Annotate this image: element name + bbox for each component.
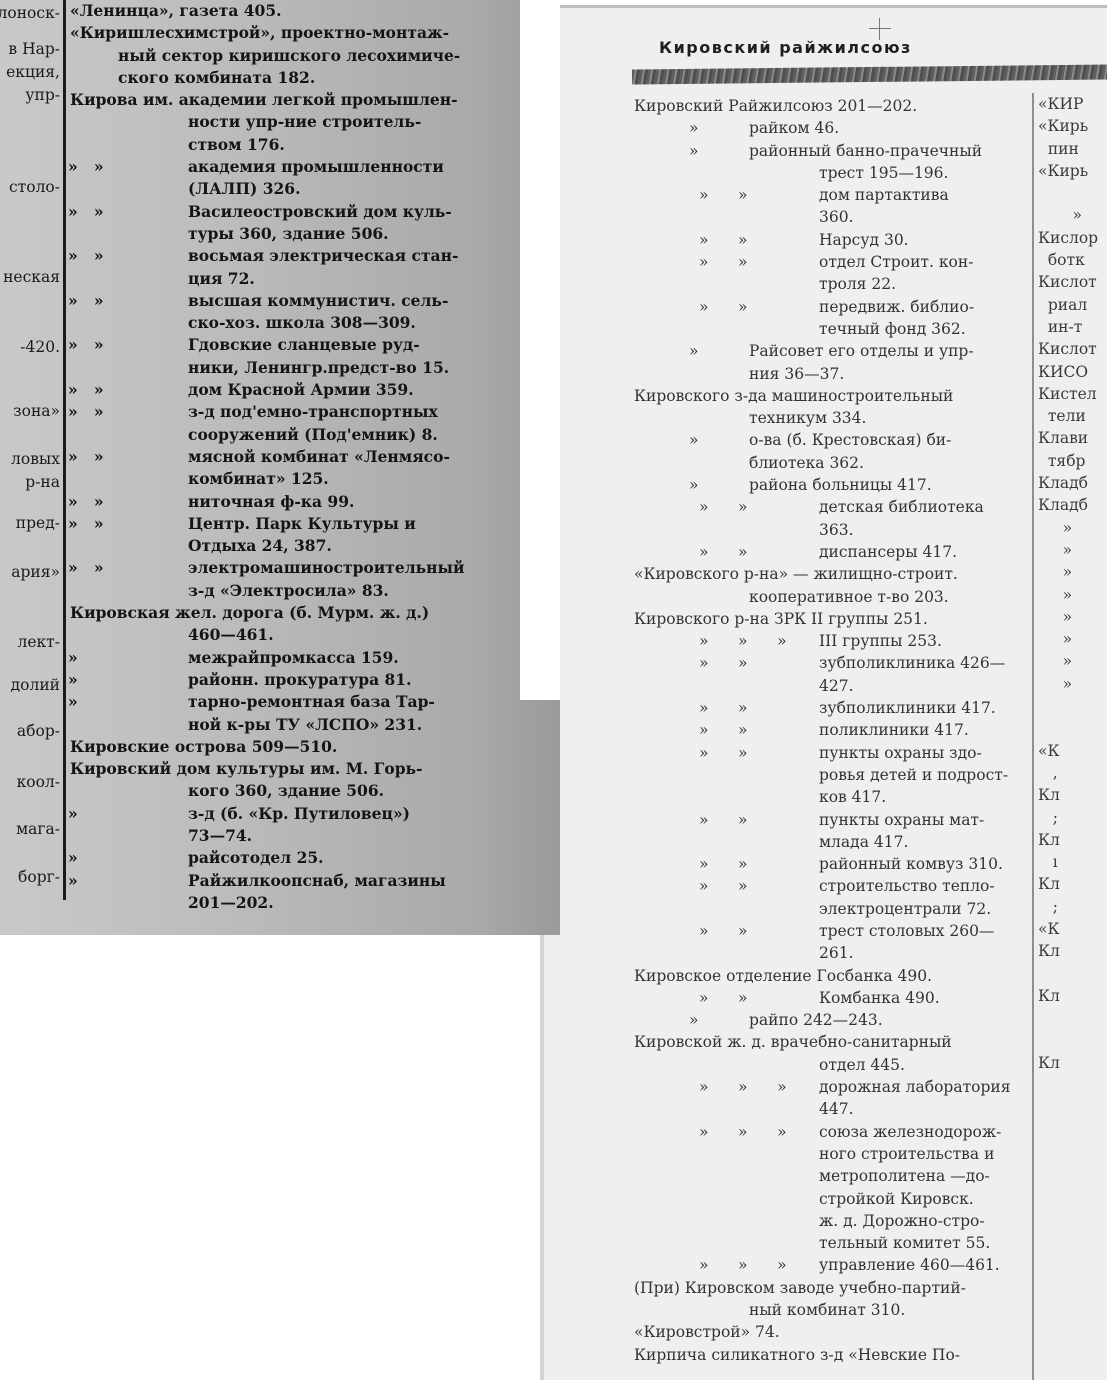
directory-entry-line: электроцентрали 72.	[634, 898, 1034, 920]
entry-text: райпо 242—243.	[749, 1011, 883, 1029]
entry-text: Кирова им. академии легкой промышлен-	[70, 90, 458, 109]
directory-entry-line: туры 360, здание 506.	[70, 223, 490, 245]
entry-text: течный фонд 362.	[819, 320, 966, 338]
far-right-fragment: Кл	[1038, 784, 1107, 806]
entry-text: Нарсуд 30.	[819, 231, 909, 249]
margin-fragment: столо-	[9, 178, 60, 196]
entry-text: тельный комитет 55.	[819, 1234, 990, 1252]
directory-entry-line: техникум 334.	[634, 407, 1034, 429]
ditto-mark: »	[68, 847, 188, 869]
entry-text: сооружений (Под'емник) 8.	[188, 425, 438, 444]
directory-entry-line: ности упр-ние строитель-	[70, 111, 490, 133]
entry-text: тарно-ремонтная база Тар-	[188, 692, 435, 711]
far-right-fragment: Клави	[1038, 427, 1107, 449]
directory-entry-line: » »дом партактива	[634, 184, 1034, 206]
far-right-fragment: пин	[1038, 138, 1107, 160]
margin-fragment: упр-	[25, 86, 60, 104]
directory-entry-line: » »дом Красной Армии 359.	[70, 379, 490, 401]
entry-text: комбинат» 125.	[188, 469, 329, 488]
entry-text: передвиж. библио-	[819, 298, 974, 316]
entry-text: (ЛАЛП) 326.	[188, 179, 301, 198]
directory-entry-line: » »районный комвуз 310.	[634, 853, 1034, 875]
directory-entry-line: »межрайпромкасса 159.	[70, 647, 490, 669]
directory-entry-line: 363.	[634, 519, 1034, 541]
entry-text: управление 460—461.	[819, 1256, 1000, 1274]
ditto-mark: » »	[699, 496, 819, 518]
directory-entry-line: «Ленинца», газета 405.	[70, 0, 490, 22]
directory-entry-line: » »Нарсуд 30.	[634, 229, 1034, 251]
ditto-mark: » »	[68, 557, 188, 579]
column-divider	[1032, 93, 1034, 1380]
directory-entry-line: Отдыха 24, 387.	[70, 535, 490, 557]
ditto-mark: »	[689, 474, 749, 496]
entry-text: ного строительства и	[819, 1145, 994, 1163]
margin-fragment: лект-	[17, 633, 60, 651]
directory-entry-line: ный сектор киришского лесохимиче-	[70, 45, 490, 67]
entry-text: академия промышленности	[188, 157, 444, 176]
entry-text: Комбанка 490.	[819, 989, 940, 1007]
entry-text: Гдовские сланцевые руд-	[188, 335, 420, 354]
directory-entry-line: »тарно-ремонтная база Тар-	[70, 691, 490, 713]
directory-entry-line: Кировского з-да машиностроительный	[634, 385, 1034, 407]
directory-entry-line: » »Центр. Парк Культуры и	[70, 513, 490, 535]
entry-text: 73—74.	[188, 826, 252, 845]
ditto-mark: » »	[699, 541, 819, 563]
directory-entry-line: » »зубполиклиники 417.	[634, 697, 1034, 719]
directory-entry-line: 201—202.	[70, 892, 490, 914]
far-right-fragment	[1038, 963, 1107, 985]
far-right-fragment: Кл	[1038, 1052, 1107, 1074]
entry-text: III группы 253.	[819, 632, 942, 650]
right-page-scan: Кировский райжилсоюз Кировский Райжилсою…	[540, 5, 1107, 1380]
ditto-mark: »	[689, 340, 749, 362]
far-right-fragment: Кладб	[1038, 472, 1107, 494]
ditto-mark: » » »	[699, 1121, 819, 1143]
entry-text: районный банно-прачечный	[749, 142, 982, 160]
entry-text: (При) Кировском заводе учебно-партий-	[634, 1279, 966, 1297]
directory-entry-line: »Райжилкоопснаб, магазины	[70, 870, 490, 892]
directory-entry-line: Кировский Райжилсоюз 201—202.	[634, 95, 1034, 117]
directory-entry-line: ники, Ленингр.предст-во 15.	[70, 357, 490, 379]
ditto-mark: » » »	[699, 630, 819, 652]
directory-entry-line: 460—461.	[70, 624, 490, 646]
entry-text: блиотека 362.	[749, 454, 864, 472]
directory-entry-line: » »высшая коммунистич. сель-	[70, 290, 490, 312]
far-right-fragment: »	[1038, 628, 1107, 650]
entry-text: з-д (б. «Кр. Путиловец»)	[188, 804, 410, 823]
entry-text: ского комбината 182.	[118, 68, 315, 87]
entry-text: ниточная ф-ка 99.	[188, 492, 354, 511]
directory-entry-line: »районный банно-прачечный	[634, 140, 1034, 162]
left-column-text: «Ленинца», газета 405.«Киришлесхимстрой»…	[70, 0, 490, 914]
directory-entry-line: » »Гдовские сланцевые руд-	[70, 334, 490, 356]
entry-text: Райжилкоопснаб, магазины	[188, 871, 446, 890]
entry-text: ный комбинат 310.	[749, 1301, 905, 1319]
ditto-mark: » »	[699, 809, 819, 831]
ditto-mark: » »	[699, 719, 819, 741]
far-right-fragment: «КИР	[1038, 93, 1107, 115]
entry-text: трест столовых 260—	[819, 922, 994, 940]
entry-text: 201—202.	[188, 893, 274, 912]
margin-fragment: коол-	[17, 773, 60, 791]
ditto-mark: » »	[699, 184, 819, 206]
far-right-fragment	[1038, 1029, 1107, 1051]
margin-fragment: -420.	[20, 338, 60, 356]
directory-entry-line: кооперативное т-во 203.	[634, 586, 1034, 608]
entry-text: восьмая электрическая стан-	[188, 246, 458, 265]
far-right-fragment: »	[1038, 650, 1107, 672]
entry-text: районный комвуз 310.	[819, 855, 1003, 873]
far-right-fragment	[1038, 182, 1107, 204]
entry-text: Кировского р-на ЗРК II группы 251.	[634, 610, 928, 628]
directory-entry-line: » »мясной комбинат «Ленмясо-	[70, 446, 490, 468]
ditto-mark: »	[689, 140, 749, 162]
entry-text: «Киришлесхимстрой», проектно-монтаж-	[70, 23, 449, 42]
directory-entry-line: Кировской ж. д. врачебно-санитарный	[634, 1031, 1034, 1053]
ditto-mark: » »	[68, 513, 188, 535]
directory-entry-line: » »трест столовых 260—	[634, 920, 1034, 942]
entry-text: ством 176.	[188, 135, 285, 154]
directory-entry-line: »райком 46.	[634, 117, 1034, 139]
margin-fragment: долий	[11, 676, 60, 694]
directory-entry-line: Кировское отделение Госбанка 490.	[634, 965, 1034, 987]
entry-text: ники, Ленингр.предст-во 15.	[188, 358, 449, 377]
entry-text: отдел 445.	[819, 1056, 905, 1074]
entry-text: 427.	[819, 677, 854, 695]
directory-entry-line: » »Комбанка 490.	[634, 987, 1034, 1009]
directory-entry-line: » » »дорожная лаборатория	[634, 1076, 1034, 1098]
directory-entry-line: тельный комитет 55.	[634, 1232, 1034, 1254]
margin-fragment: лоноск-	[0, 4, 60, 22]
ditto-mark: » »	[68, 245, 188, 267]
directory-entry-line: ного строительства и	[634, 1143, 1034, 1165]
far-right-fragment: Кислот	[1038, 271, 1107, 293]
far-right-fragment: тябр	[1038, 450, 1107, 472]
far-right-fragment: Кл	[1038, 829, 1107, 851]
directory-entry-line: блиотека 362.	[634, 452, 1034, 474]
directory-entry-line: » »отдел Строит. кон-	[634, 251, 1034, 273]
entry-text: Кировской ж. д. врачебно-санитарный	[634, 1033, 952, 1051]
ditto-mark: » »	[699, 697, 819, 719]
directory-entry-line: » »академия промышленности	[70, 156, 490, 178]
far-right-fragment: ,	[1038, 762, 1107, 784]
entry-text: 460—461.	[188, 625, 274, 644]
entry-text: трест 195—196.	[819, 164, 948, 182]
scan-cutout	[520, 0, 560, 700]
far-right-fragment	[1038, 717, 1107, 739]
ditto-mark: » »	[68, 446, 188, 468]
far-right-fragment: КИСО	[1038, 361, 1107, 383]
directory-entry-line: ной к-ры ТУ «ЛСПО» 231.	[70, 714, 490, 736]
entry-text: млада 417.	[819, 833, 908, 851]
entry-text: 261.	[819, 944, 854, 962]
directory-entry-line: » »строительство тепло-	[634, 875, 1034, 897]
ditto-mark: » »	[68, 201, 188, 223]
entry-text: Кировское отделение Госбанка 490.	[634, 967, 932, 985]
far-right-fragment: ;	[1038, 896, 1107, 918]
far-right-fragment: «Кирь	[1038, 160, 1107, 182]
entry-text: ско-хоз. школа 308—309.	[188, 313, 416, 332]
directory-entry-line: » »ниточная ф-ка 99.	[70, 491, 490, 513]
margin-fragment: екция,	[6, 63, 60, 81]
entry-text: дом Красной Армии 359.	[188, 380, 414, 399]
ditto-mark: » »	[68, 334, 188, 356]
entry-text: детская библиотека	[819, 498, 984, 516]
entry-text: отдел Строит. кон-	[819, 253, 973, 271]
directory-entry-line: » »передвиж. библио-	[634, 296, 1034, 318]
ditto-mark: » » »	[699, 1254, 819, 1276]
directory-entry-line: » » »союза железнодорож-	[634, 1121, 1034, 1143]
ditto-mark: » »	[68, 290, 188, 312]
entry-text: Кировский Райжилсоюз 201—202.	[634, 97, 917, 115]
directory-entry-line: » »пункты охраны здо-	[634, 742, 1034, 764]
entry-text: 360.	[819, 208, 854, 226]
directory-entry-line: » »з-д под'емно-транспортных	[70, 401, 490, 423]
directory-entry-line: »Райсовет его отделы и упр-	[634, 340, 1034, 362]
ditto-mark: » »	[699, 742, 819, 764]
column-divider	[63, 0, 66, 900]
ditto-mark: »	[689, 429, 749, 451]
margin-fragment: зона»	[13, 402, 60, 420]
margin-fragment: неская	[3, 268, 60, 286]
directory-entry-line: Кировские острова 509—510.	[70, 736, 490, 758]
directory-entry-line: Кирпича силикатного з-д «Невские По-	[634, 1344, 1034, 1366]
directory-entry-line: Кировская жел. дорога (б. Мурм. ж. д.)	[70, 602, 490, 624]
directory-entry-line: ный комбинат 310.	[634, 1299, 1034, 1321]
entry-text: электроцентрали 72.	[819, 900, 991, 918]
crop-mark	[869, 28, 891, 29]
ditto-mark: » »	[68, 401, 188, 423]
entry-text: дорожная лаборатория	[819, 1078, 1011, 1096]
left-page-scan: лоноск-в Нар-екция,упр-столо-неская-420.…	[0, 0, 560, 935]
entry-text: электромашиностроительный	[188, 558, 465, 577]
entry-text: 363.	[819, 521, 854, 539]
ditto-mark: » »	[699, 251, 819, 273]
far-right-fragment: тели	[1038, 405, 1107, 427]
entry-text: зубполиклиники 417.	[819, 699, 996, 717]
directory-entry-line: ровья детей и подрост-	[634, 764, 1034, 786]
directory-entry-line: » »пункты охраны мат-	[634, 809, 1034, 831]
entry-text: з-д под'емно-транспортных	[188, 402, 438, 421]
ditto-mark: » »	[68, 156, 188, 178]
far-right-fragment: »	[1038, 584, 1107, 606]
directory-entry-line: трест 195—196.	[634, 162, 1034, 184]
directory-entry-line: (ЛАЛП) 326.	[70, 178, 490, 200]
entry-text: ков 417.	[819, 788, 886, 806]
directory-entry-line: кого 360, здание 506.	[70, 780, 490, 802]
directory-entry-line: метрополитена —до-	[634, 1165, 1034, 1187]
directory-entry-line: Кировский дом культуры им. М. Горь-	[70, 758, 490, 780]
entry-text: Кировская жел. дорога (б. Мурм. ж. д.)	[70, 603, 429, 622]
directory-entry-line: »районн. прокуратура 81.	[70, 669, 490, 691]
far-right-fragment: «Кирь	[1038, 115, 1107, 137]
entry-text: зубполиклиника 426—	[819, 654, 1005, 672]
entry-text: «Кировстрой» 74.	[634, 1323, 780, 1341]
far-right-fragment: »	[1038, 539, 1107, 561]
margin-fragment: пред-	[16, 514, 60, 532]
far-right-fragment	[1038, 695, 1107, 717]
directory-entry-line: ния 36—37.	[634, 363, 1034, 385]
far-right-fragment: »	[1038, 673, 1107, 695]
margin-fragment: абор-	[17, 722, 60, 740]
far-right-fragment: »	[1038, 204, 1107, 226]
section-title-rule	[632, 64, 1107, 84]
margin-fragment: в Нар-	[8, 40, 60, 58]
far-right-fragment: »	[1038, 517, 1107, 539]
far-right-fragment: ин-т	[1038, 316, 1107, 338]
entry-text: района больницы 417.	[749, 476, 932, 494]
entry-text: высшая коммунистич. сель-	[188, 291, 448, 310]
entry-text: кого 360, здание 506.	[188, 781, 384, 800]
entry-text: дом партактива	[819, 186, 949, 204]
directory-entry-line: » » »управление 460—461.	[634, 1254, 1034, 1276]
entry-text: ности упр-ние строитель-	[188, 112, 421, 131]
entry-text: о-ва (б. Крестовская) би-	[749, 431, 951, 449]
directory-entry-line: отдел 445.	[634, 1054, 1034, 1076]
directory-entry-line: ского комбината 182.	[70, 67, 490, 89]
entry-text: райком 46.	[749, 119, 839, 137]
ditto-mark: » »	[699, 296, 819, 318]
ditto-mark: »	[68, 803, 188, 825]
entry-text: ной к-ры ТУ «ЛСПО» 231.	[188, 715, 422, 734]
margin-fragment: мага-	[16, 820, 60, 838]
directory-entry-line: стройкой Кировск.	[634, 1188, 1034, 1210]
directory-entry-line: 447.	[634, 1098, 1034, 1120]
far-right-fragment: »	[1038, 606, 1107, 628]
directory-entry-line: сооружений (Под'емник) 8.	[70, 424, 490, 446]
entry-text: райсотодел 25.	[188, 848, 324, 867]
directory-entry-line: 73—74.	[70, 825, 490, 847]
entry-text: диспансеры 417.	[819, 543, 957, 561]
directory-entry-line: » »диспансеры 417.	[634, 541, 1034, 563]
entry-text: строительство тепло-	[819, 877, 995, 895]
entry-text: Отдыха 24, 387.	[188, 536, 332, 555]
directory-entry-line: течный фонд 362.	[634, 318, 1034, 340]
entry-text: ный сектор киришского лесохимиче-	[118, 46, 460, 65]
entry-text: Кировские острова 509—510.	[70, 737, 337, 756]
entry-text: кооперативное т-во 203.	[749, 588, 949, 606]
far-right-fragment: Кл	[1038, 940, 1107, 962]
far-right-fragment: Кислор	[1038, 227, 1107, 249]
ditto-mark: » »	[699, 987, 819, 1009]
directory-entry-line: » »поликлиники 417.	[634, 719, 1034, 741]
entry-text: Кировского з-да машиностроительный	[634, 387, 953, 405]
entry-text: техникум 334.	[749, 409, 866, 427]
entry-text: Райсовет его отделы и упр-	[749, 342, 974, 360]
entry-text: районн. прокуратура 81.	[188, 670, 412, 689]
directory-entry-line: 360.	[634, 206, 1034, 228]
entry-text: ж. д. Дорожно-стро-	[819, 1212, 985, 1230]
directory-entry-line: » » »III группы 253.	[634, 630, 1034, 652]
entry-text: поликлиники 417.	[819, 721, 969, 739]
far-right-fragment: ;	[1038, 807, 1107, 829]
far-right-fragment: «К	[1038, 918, 1107, 940]
ditto-mark: »	[689, 1009, 749, 1031]
directory-entry-line: 427.	[634, 675, 1034, 697]
directory-entry-line: »района больницы 417.	[634, 474, 1034, 496]
entry-text: троля 22.	[819, 275, 896, 293]
directory-entry-line: млада 417.	[634, 831, 1034, 853]
directory-entry-line: » »электромашиностроительный	[70, 557, 490, 579]
entry-text: союза железнодорож-	[819, 1123, 1001, 1141]
directory-entry-line: ством 176.	[70, 134, 490, 156]
ditto-mark: » »	[68, 491, 188, 513]
directory-entry-line: троля 22.	[634, 273, 1034, 295]
directory-entry-line: Кировского р-на ЗРК II группы 251.	[634, 608, 1034, 630]
entry-text: «Ленинца», газета 405.	[70, 1, 282, 20]
ditto-mark: »	[68, 870, 188, 892]
margin-fragment: борг-	[18, 868, 60, 886]
entry-text: Кирпича силикатного з-д «Невские По-	[634, 1346, 960, 1364]
margin-fragment: ловых	[11, 450, 60, 468]
ditto-mark: »	[68, 647, 188, 669]
directory-entry-line: ж. д. Дорожно-стро-	[634, 1210, 1034, 1232]
ditto-mark: »	[68, 669, 188, 691]
right-column-text: Кировский Райжилсоюз 201—202.»райком 46.…	[634, 95, 1034, 1366]
ditto-mark: » »	[699, 853, 819, 875]
entry-text: межрайпромкасса 159.	[188, 648, 399, 667]
far-right-fragment	[1038, 1007, 1107, 1029]
directory-entry-line: ков 417.	[634, 786, 1034, 808]
ditto-mark: » »	[699, 652, 819, 674]
ditto-mark: » »	[699, 229, 819, 251]
ditto-mark: » »	[699, 875, 819, 897]
entry-text: мясной комбинат «Ленмясо-	[188, 447, 450, 466]
entry-text: пункты охраны здо-	[819, 744, 982, 762]
entry-text: метрополитена —до-	[819, 1167, 990, 1185]
directory-entry-line: комбинат» 125.	[70, 468, 490, 490]
directory-entry-line: 261.	[634, 942, 1034, 964]
page-top-edge	[544, 5, 1107, 8]
margin-fragment: р-на	[25, 473, 60, 491]
directory-entry-line: «Кировского р-на» — жилищно-строит.	[634, 563, 1034, 585]
far-right-fragment: Кислот	[1038, 338, 1107, 360]
entry-text: стройкой Кировск.	[819, 1190, 974, 1208]
entry-text: ровья детей и подрост-	[819, 766, 1008, 784]
entry-text: 447.	[819, 1100, 854, 1118]
far-right-fragment: Кладб	[1038, 494, 1107, 516]
far-right-fragment: Кл	[1038, 873, 1107, 895]
crop-mark	[879, 18, 880, 40]
directory-entry-line: »райсотодел 25.	[70, 847, 490, 869]
ditto-mark: »	[689, 117, 749, 139]
entry-text: пункты охраны мат-	[819, 811, 984, 829]
entry-text: туры 360, здание 506.	[188, 224, 389, 243]
directory-entry-line: ско-хоз. школа 308—309.	[70, 312, 490, 334]
far-right-fragment: «К	[1038, 740, 1107, 762]
directory-entry-line: «Киришлесхимстрой», проектно-монтаж-	[70, 22, 490, 44]
directory-entry-line: » »детская библиотека	[634, 496, 1034, 518]
directory-entry-line: з-д «Электросила» 83.	[70, 580, 490, 602]
directory-entry-line: ция 72.	[70, 268, 490, 290]
directory-entry-line: (При) Кировском заводе учебно-партий-	[634, 1277, 1034, 1299]
directory-entry-line: «Кировстрой» 74.	[634, 1321, 1034, 1343]
entry-text: Василеостровский дом куль-	[188, 202, 452, 221]
margin-fragment: ария»	[11, 563, 60, 581]
entry-text: «Кировского р-на» — жилищно-строит.	[634, 565, 958, 583]
section-title: Кировский райжилсоюз	[659, 38, 912, 57]
directory-entry-line: »райпо 242—243.	[634, 1009, 1034, 1031]
far-right-fragment: »	[1038, 561, 1107, 583]
ditto-mark: » »	[699, 920, 819, 942]
far-right-fragment: ботк	[1038, 249, 1107, 271]
entry-text: ция 72.	[188, 269, 255, 288]
far-right-column-fragments: «КИР«Кирь пин«Кирь »Кислор боткКислот ри…	[1038, 93, 1107, 1074]
directory-entry-line: »з-д (б. «Кр. Путиловец»)	[70, 803, 490, 825]
far-right-fragment: Кл	[1038, 985, 1107, 1007]
directory-entry-line: » »восьмая электрическая стан-	[70, 245, 490, 267]
entry-text: ния 36—37.	[749, 365, 844, 383]
